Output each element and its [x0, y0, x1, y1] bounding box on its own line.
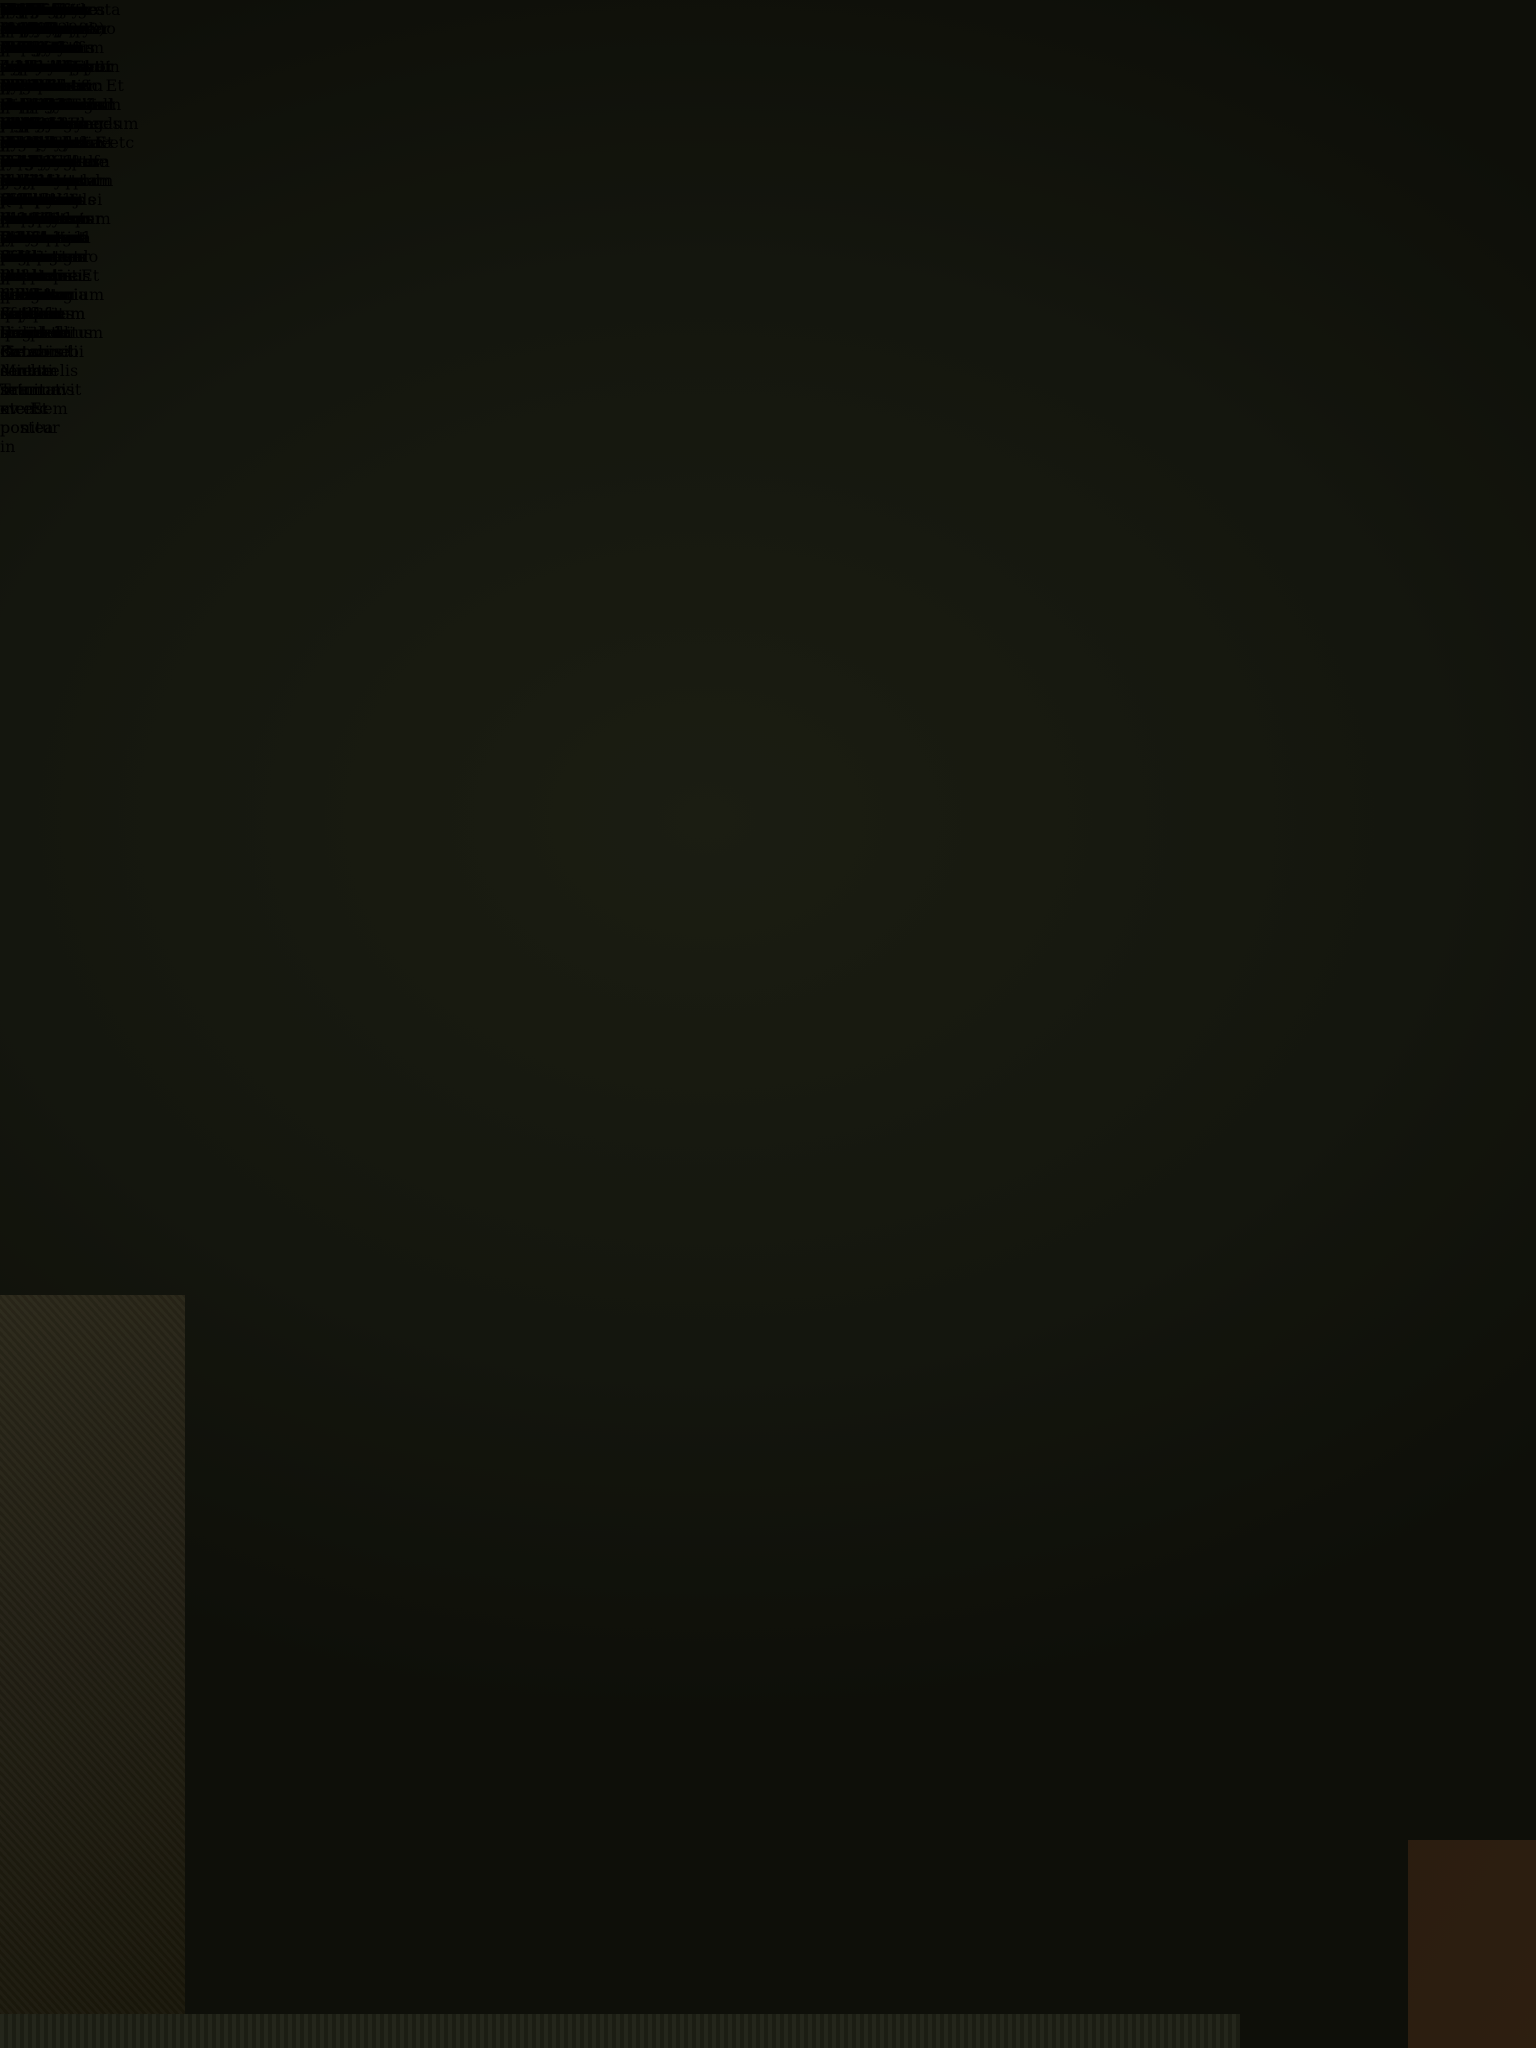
table-fabric-bottom: [0, 2014, 1240, 2048]
table-fabric-bottom-right: [1408, 1840, 1536, 2048]
label-line: you require one: [0, 0, 60, 57]
archive-photo: Midd ʃ attorn suo md Katerina Brodley nu…: [0, 0, 1536, 2048]
